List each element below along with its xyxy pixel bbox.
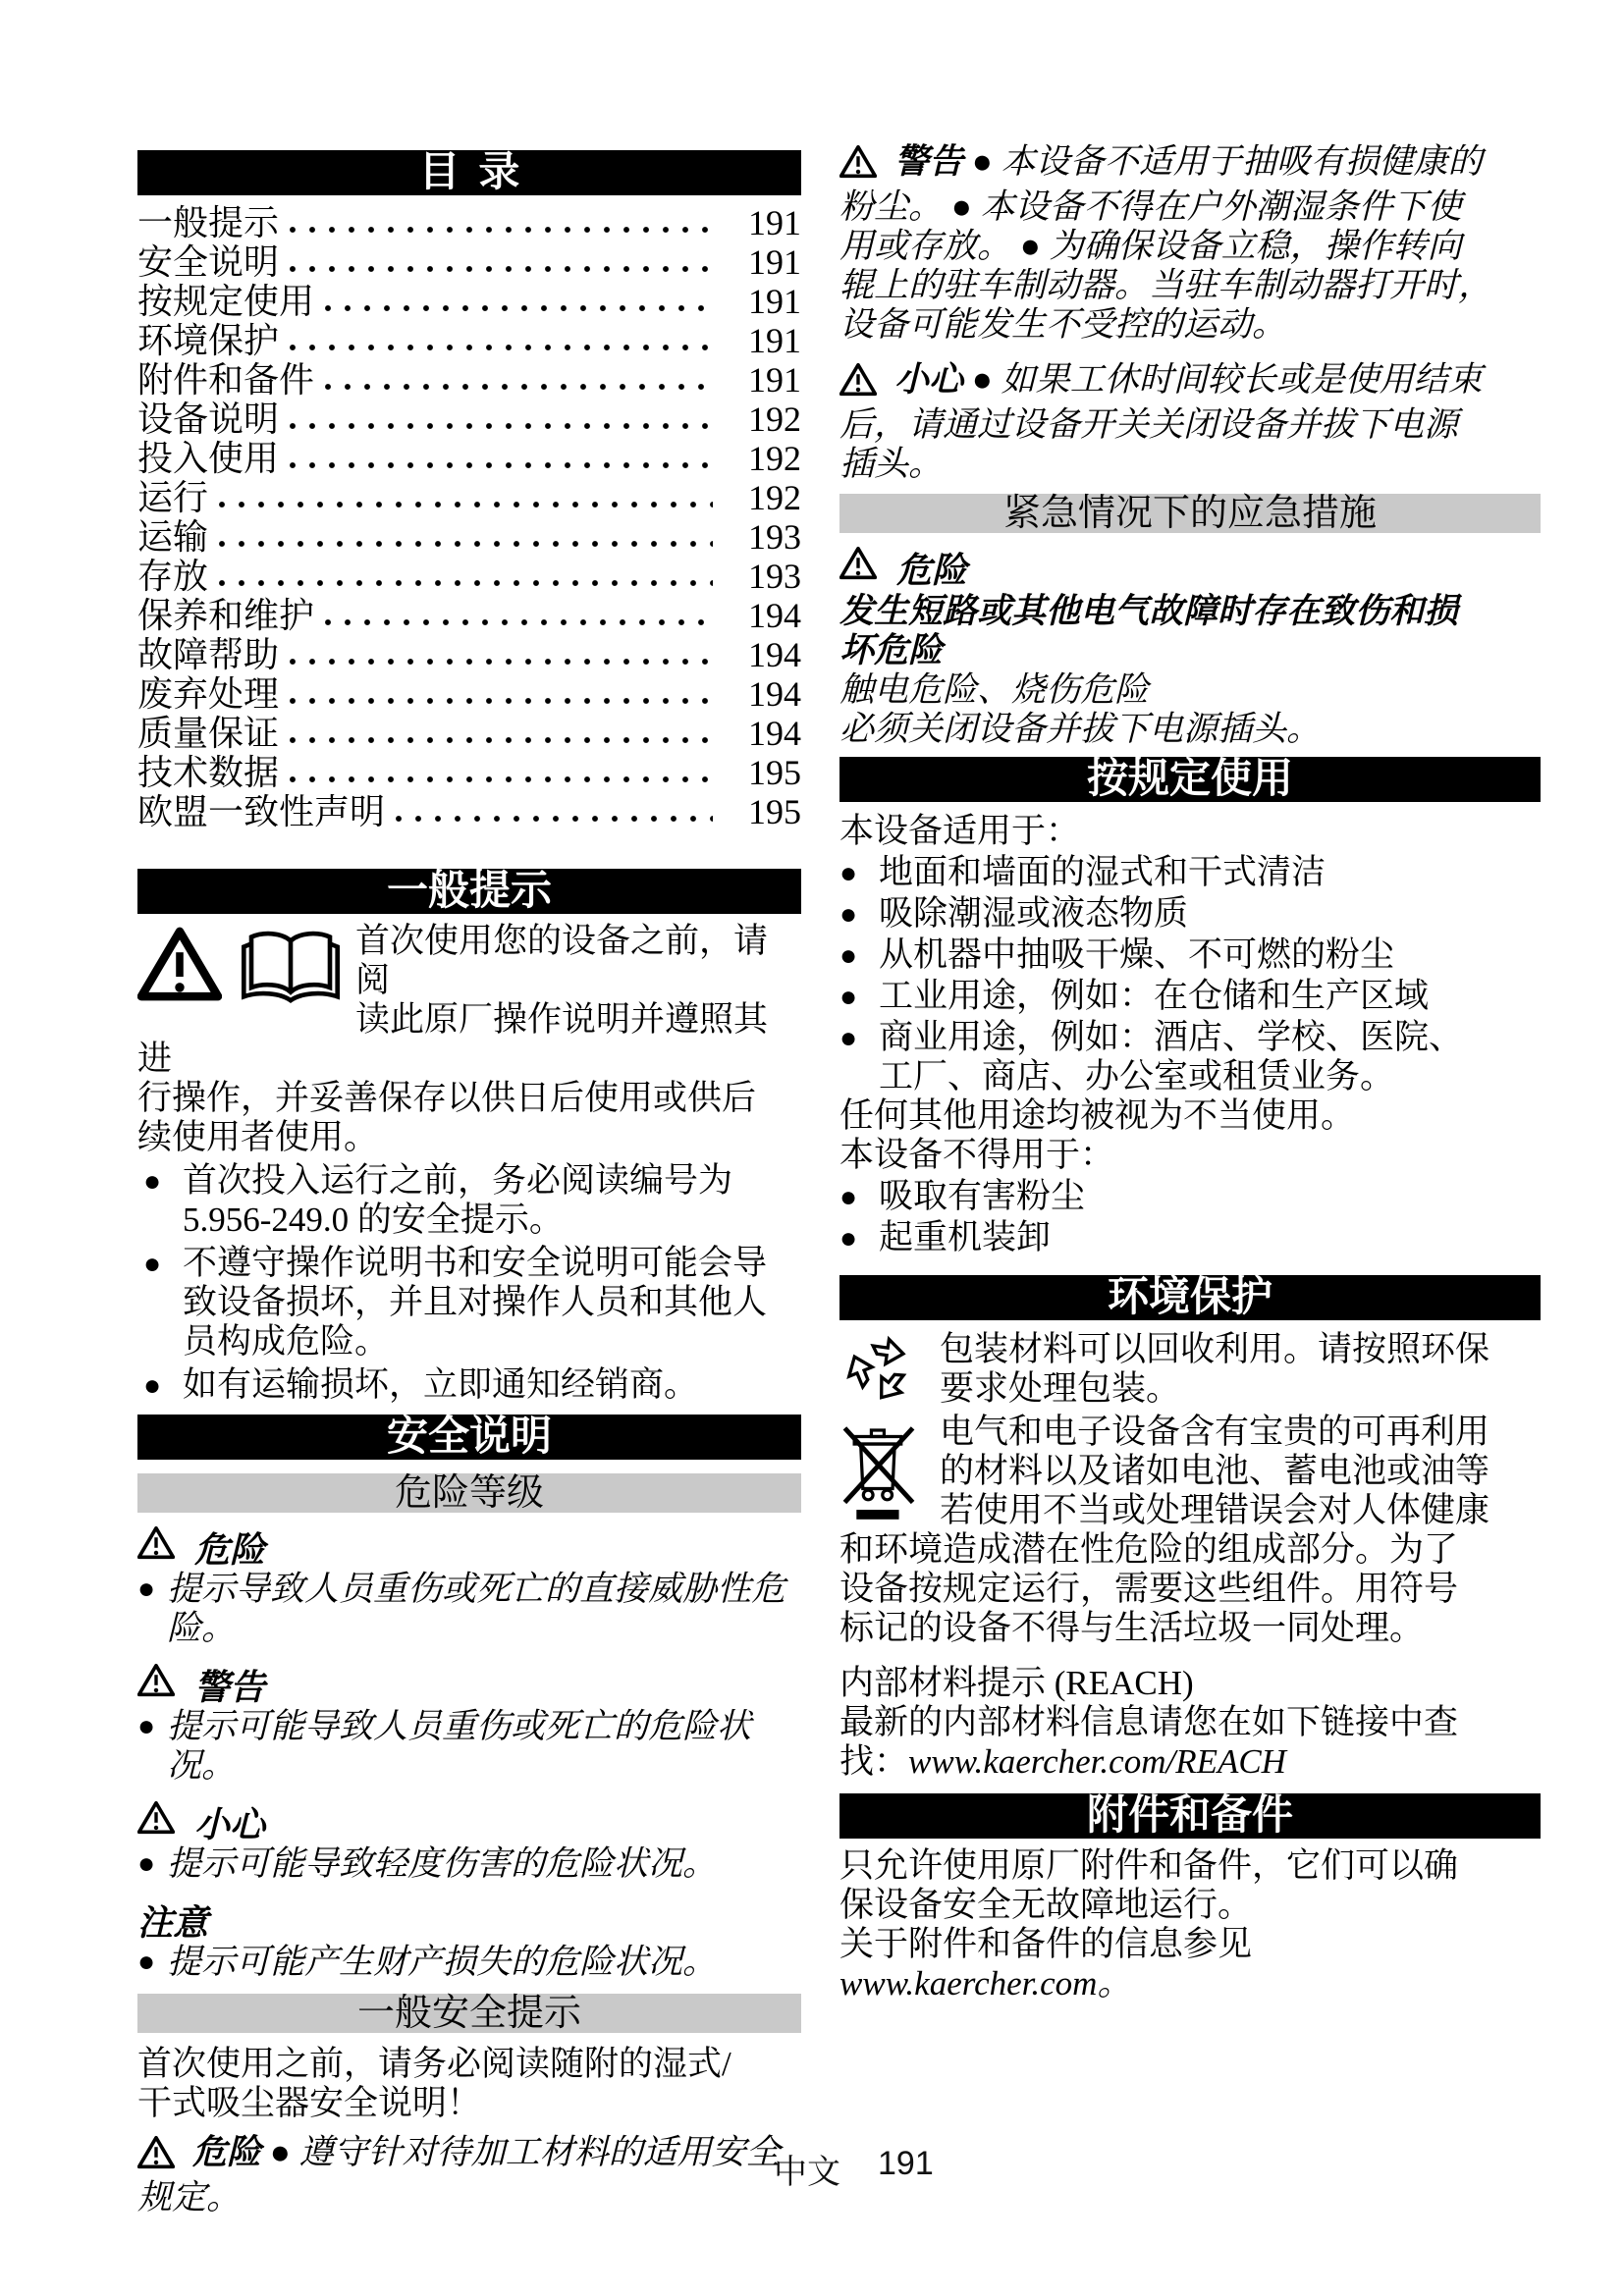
emergency-danger-label-row: 危险 — [839, 547, 1541, 588]
hazard-level-label: 危险 — [194, 1522, 265, 1573]
emergency-danger-label: 危险 — [896, 543, 967, 593]
hazard-level-warning: 警告 — [137, 1664, 801, 1705]
bullet-marker: ● — [839, 1019, 857, 1058]
warning-label: 警告 — [894, 142, 963, 181]
emergency-bold-text: 发生短路或其他电气故障时存在致伤和损 坏危险 — [839, 592, 1541, 670]
toc-item[interactable]: 技术数据195 — [137, 753, 801, 792]
safety-title: 安全说明 — [387, 1415, 552, 1460]
toc-item[interactable]: 运输193 — [137, 517, 801, 557]
open-book-icon — [238, 926, 344, 1013]
toc-item-label[interactable]: 技术数据 — [137, 753, 279, 792]
use-text: 商业用途，例如：酒店、学校、医院、 工厂、商店、办公室或租赁业务。 — [879, 1018, 1463, 1095]
use-item: ●吸除潮湿或液态物质 — [839, 894, 1541, 934]
section-safety-bar: 安全说明 — [137, 1415, 801, 1460]
accessories-bar: 附件和备件 — [839, 1793, 1541, 1839]
toc-item[interactable]: 保养和维护194 — [137, 596, 801, 635]
toc-page-number: 191 — [727, 282, 801, 321]
toc-item-label[interactable]: 投入使用 — [137, 439, 279, 478]
intended-use-intro: 本设备适用于： — [839, 812, 1541, 851]
emergency-bar: 紧急情况下的应急措施 — [839, 494, 1541, 533]
packaging-para: 包装材料可以回收利用。请按照环保 要求处理包装。 — [839, 1330, 1541, 1409]
toc-leader — [324, 383, 713, 391]
toc-page-number: 192 — [727, 439, 801, 478]
use-text: 吸除潮湿或液态物质 — [879, 894, 1188, 933]
toc-item-label[interactable]: 按规定使用 — [137, 282, 314, 321]
use-text: 从机器中抽吸干燥、不可燃的粉尘 — [879, 935, 1394, 974]
intended-use-title: 按规定使用 — [1087, 757, 1293, 802]
not-use-item: ●起重机装卸 — [839, 1218, 1541, 1257]
toc-page-number: 195 — [727, 792, 801, 831]
toc-leader — [324, 618, 713, 626]
warning-triangle-icon — [137, 1800, 175, 1843]
toc-page-number: 194 — [727, 714, 801, 753]
toc-page-number: 193 — [727, 517, 801, 557]
packaging-text: 包装材料可以回收利用。请按照环保 要求处理包装。 — [940, 1330, 1489, 1408]
general-notes-intro-para: 首次使用您的设备之前，请阅 读此原厂操作说明并遵照其进 行操作，并妥善保存以供日… — [137, 922, 801, 1157]
toc-item[interactable]: 环境保护191 — [137, 321, 801, 360]
toc-leader — [218, 501, 713, 508]
manual-page: 目录 一般提示191 安全说明191 按规定使用191 环境保护191 附件和备… — [0, 0, 1624, 2296]
toc-leader — [289, 344, 713, 351]
toc-leader — [218, 579, 713, 587]
use-item: ●工业用途，例如：在仓储和生产区域 — [839, 977, 1541, 1016]
toc-item[interactable]: 投入使用192 — [137, 439, 801, 478]
bullet-marker: ● — [143, 1162, 161, 1201]
toc-list: 一般提示191 安全说明191 按规定使用191 环境保护191 附件和备件19… — [137, 203, 801, 831]
toc-item-label[interactable]: 安全说明 — [137, 242, 279, 282]
toc-page-number: 191 — [727, 242, 801, 282]
toc-item[interactable]: 欧盟一致性声明195 — [137, 792, 801, 831]
weee-bin-icon — [839, 1415, 926, 1530]
bullet-marker: ● — [839, 854, 857, 893]
use-text: 工业用途，例如：在仓储和生产区域 — [879, 977, 1429, 1015]
toc-item[interactable]: 按规定使用191 — [137, 282, 801, 321]
toc-item-label[interactable]: 保养和维护 — [137, 596, 314, 635]
use-item: ●从机器中抽吸干燥、不可燃的粉尘 — [839, 935, 1541, 975]
toc-page-number: 194 — [727, 596, 801, 635]
footer-page-number: 191 — [878, 2145, 934, 2193]
toc-item-label[interactable]: 废弃处理 — [137, 674, 279, 714]
toc-leader — [289, 736, 713, 744]
hazard-level-caution: 小心 — [137, 1801, 801, 1842]
toc-leader — [218, 540, 713, 548]
not-use-intro: 本设备不得用于： — [839, 1136, 1541, 1175]
material-danger-para: 危险 ● 遵守针对待加工材料的适用安全 规定。 — [137, 2133, 801, 2217]
hazard-level-desc: ●提示导致人员重伤或死亡的直接威胁性危 险。 — [137, 1570, 801, 1648]
toc-item-label[interactable]: 一般提示 — [137, 203, 279, 242]
right-column: 警告 ● 本设备不适用于抽吸有损健康的 粉尘。 ● 本设备不得在户外潮湿条件下使… — [839, 0, 1541, 2003]
bullet-marker: ● — [839, 936, 857, 976]
toc-item[interactable]: 存放193 — [137, 557, 801, 596]
toc-item[interactable]: 质量保证194 — [137, 714, 801, 753]
toc-item-label[interactable]: 存放 — [137, 557, 208, 596]
toc-leader — [289, 422, 713, 430]
toc-leader — [324, 304, 713, 312]
toc-page-number: 192 — [727, 478, 801, 517]
general-note-item: ●如有运输损坏，立即通知经销商。 — [137, 1365, 801, 1405]
hazard-level-desc: ●提示可能产生财产损失的危险状况。 — [137, 1943, 801, 1982]
toc-item-label[interactable]: 附件和备件 — [137, 360, 314, 400]
toc-item-label[interactable]: 运行 — [137, 478, 208, 517]
bullet-marker: ● — [137, 1570, 155, 1609]
not-use-text: 吸取有害粉尘 — [879, 1177, 1085, 1215]
hazard-level-desc: ●提示可能导致轻度伤害的危险状况。 — [137, 1844, 801, 1884]
warning-triangle-icon — [137, 2139, 175, 2177]
use-text: 地面和墙面的湿式和干式清洁 — [879, 853, 1326, 891]
recycle-icon — [839, 1332, 926, 1409]
bullet-marker: ● — [839, 978, 857, 1017]
general-note-text: 如有运输损坏，立即通知经销商。 — [183, 1365, 698, 1404]
toc-item[interactable]: 一般提示191 — [137, 203, 801, 242]
hazard-level-label: 注意 — [137, 1896, 208, 1946]
environment-title: 环境保护 — [1108, 1275, 1272, 1320]
weee-text: 电气和电子设备含有宝贵的可再利用 的材料以及诸如电池、蓄电池或油等 若使用不当或… — [839, 1413, 1489, 1647]
intro-icons — [137, 926, 348, 1008]
general-notes-title: 一般提示 — [387, 869, 552, 914]
toc-item-label[interactable]: 环境保护 — [137, 321, 279, 360]
general-note-item: ●首次投入运行之前，务必阅读编号为 5.956-249.0 的安全提示。 — [137, 1161, 801, 1240]
toc-leader — [289, 226, 713, 234]
toc-leader — [289, 697, 713, 705]
bullet-marker: ● — [839, 1219, 857, 1258]
page-footer: 中文 191 — [774, 2145, 934, 2193]
toc-item-label[interactable]: 质量保证 — [137, 714, 279, 753]
toc-item[interactable]: 运行192 — [137, 478, 801, 517]
danger-label: 危险 — [192, 2133, 261, 2171]
reach-url: www.kaercher.com/REACH — [908, 1742, 1286, 1781]
section-general-notes-bar: 一般提示 — [137, 869, 801, 914]
hazard-level-desc: ●提示可能导致人员重伤或死亡的危险状 况。 — [137, 1707, 801, 1786]
intended-use-bar: 按规定使用 — [839, 757, 1541, 802]
toc-page-number: 194 — [727, 635, 801, 674]
warning-triangle-icon — [137, 926, 222, 1011]
reach-title: 内部材料提示 (REACH) — [839, 1664, 1541, 1703]
toc-title: 目录 — [419, 150, 539, 195]
toc-item[interactable]: 附件和备件191 — [137, 360, 801, 400]
toc-page-number: 193 — [727, 557, 801, 596]
emergency-line: 必须关闭设备并拔下电源插头。 — [839, 710, 1541, 749]
hazard-level-notice: 注意 — [137, 1899, 801, 1941]
toc-page-number: 194 — [727, 674, 801, 714]
other-use-text: 任何其他用途均被视为不当使用。 — [839, 1096, 1541, 1136]
bullet-marker: ● — [137, 1707, 155, 1746]
accessories-text1: 只允许使用原厂附件和备件，它们可以确 保设备安全无故障地运行。 — [839, 1846, 1541, 1925]
general-note-text: 不遵守操作说明书和安全说明可能会导 致设备损坏，并且对操作人员和其他人 员构成危… — [183, 1244, 767, 1361]
accessories-url: www.kaercher.com。 — [839, 1964, 1541, 2003]
toc-item-label[interactable]: 运输 — [137, 517, 208, 557]
reach-para: 最新的内部材料信息请您在如下链接中查 找：www.kaercher.com/RE… — [839, 1703, 1541, 1782]
toc-item-label[interactable]: 欧盟一致性声明 — [137, 792, 385, 831]
general-note-text: 首次投入运行之前，务必阅读编号为 5.956-249.0 的安全提示。 — [183, 1161, 732, 1239]
bullet-marker: ● — [143, 1366, 161, 1406]
environment-bar: 环境保护 — [839, 1275, 1541, 1320]
caution-label: 小心 — [894, 360, 963, 399]
emergency-title: 紧急情况下的应急措施 — [1003, 493, 1377, 534]
general-safety-bar: 一般安全提示 — [137, 1994, 801, 2033]
bullet-marker: ● — [143, 1245, 161, 1284]
emergency-line: 触电危险、烧伤危险 — [839, 670, 1541, 710]
accessories-text2: 关于附件和备件的信息参见 — [839, 1925, 1541, 1964]
toc-leader — [395, 815, 713, 823]
bullet-marker: ● — [137, 1943, 155, 1982]
toc-item[interactable]: 废弃处理194 — [137, 674, 801, 714]
toc-leader — [289, 265, 713, 273]
toc-item[interactable]: 设备说明192 — [137, 400, 801, 439]
danger-levels-bar: 危险等级 — [137, 1473, 801, 1513]
bullet-marker: ● — [137, 1844, 155, 1884]
use-item: ●商业用途，例如：酒店、学校、医院、 工厂、商店、办公室或租赁业务。 — [839, 1018, 1541, 1096]
warning-triangle-icon — [839, 546, 877, 589]
footer-language: 中文 — [774, 2145, 840, 2193]
toc-leader — [289, 461, 713, 469]
warning-triangle-icon — [839, 148, 877, 187]
caution-para: 小心 ● 如果工休时间较长或是使用结束 后，请通过设备开关关闭设备并拔下电源 插… — [839, 360, 1541, 484]
warning-triangle-icon — [137, 1525, 175, 1569]
toc-item-label[interactable]: 故障帮助 — [137, 635, 279, 674]
not-use-item: ●吸取有害粉尘 — [839, 1177, 1541, 1216]
general-note-item: ●不遵守操作说明书和安全说明可能会导 致设备损坏，并且对操作人员和其他人 员构成… — [137, 1244, 801, 1362]
left-column: 目录 一般提示191 安全说明191 按规定使用191 环境保护191 附件和备… — [137, 0, 801, 2217]
not-use-text: 起重机装卸 — [879, 1218, 1051, 1256]
toc-title-bar: 目录 — [137, 150, 801, 195]
hazard-level-label: 小心 — [194, 1797, 265, 1847]
danger-levels-title: 危险等级 — [395, 1472, 544, 1514]
toc-item[interactable]: 故障帮助194 — [137, 635, 801, 674]
toc-item-label[interactable]: 设备说明 — [137, 400, 279, 439]
general-safety-title: 一般安全提示 — [357, 1993, 581, 2034]
toc-leader — [289, 658, 713, 666]
toc-leader — [289, 775, 713, 783]
toc-page-number: 195 — [727, 753, 801, 792]
general-safety-text: 首次使用之前，请务必阅读随附的湿式/ 干式吸尘器安全说明！ — [137, 2045, 801, 2123]
warning-para: 警告 ● 本设备不适用于抽吸有损健康的 粉尘。 ● 本设备不得在户外潮湿条件下使… — [839, 142, 1541, 345]
toc-page-number: 191 — [727, 321, 801, 360]
toc-item[interactable]: 安全说明191 — [137, 242, 801, 282]
accessories-title: 附件和备件 — [1087, 1793, 1293, 1839]
toc-page-number: 191 — [727, 360, 801, 400]
hazard-level-label: 警告 — [194, 1660, 265, 1710]
bullet-marker: ● — [839, 895, 857, 934]
toc-page-number: 192 — [727, 400, 801, 439]
weee-para: 电气和电子设备含有宝贵的可再利用 的材料以及诸如电池、蓄电池或油等 若使用不当或… — [839, 1413, 1541, 1648]
toc-page-number: 191 — [727, 203, 801, 242]
hazard-level-danger: 危险 — [137, 1526, 801, 1568]
warning-triangle-icon — [137, 1663, 175, 1706]
bullet-marker: ● — [839, 1178, 857, 1217]
use-item: ●地面和墙面的湿式和干式清洁 — [839, 853, 1541, 892]
warning-triangle-icon — [839, 366, 877, 404]
